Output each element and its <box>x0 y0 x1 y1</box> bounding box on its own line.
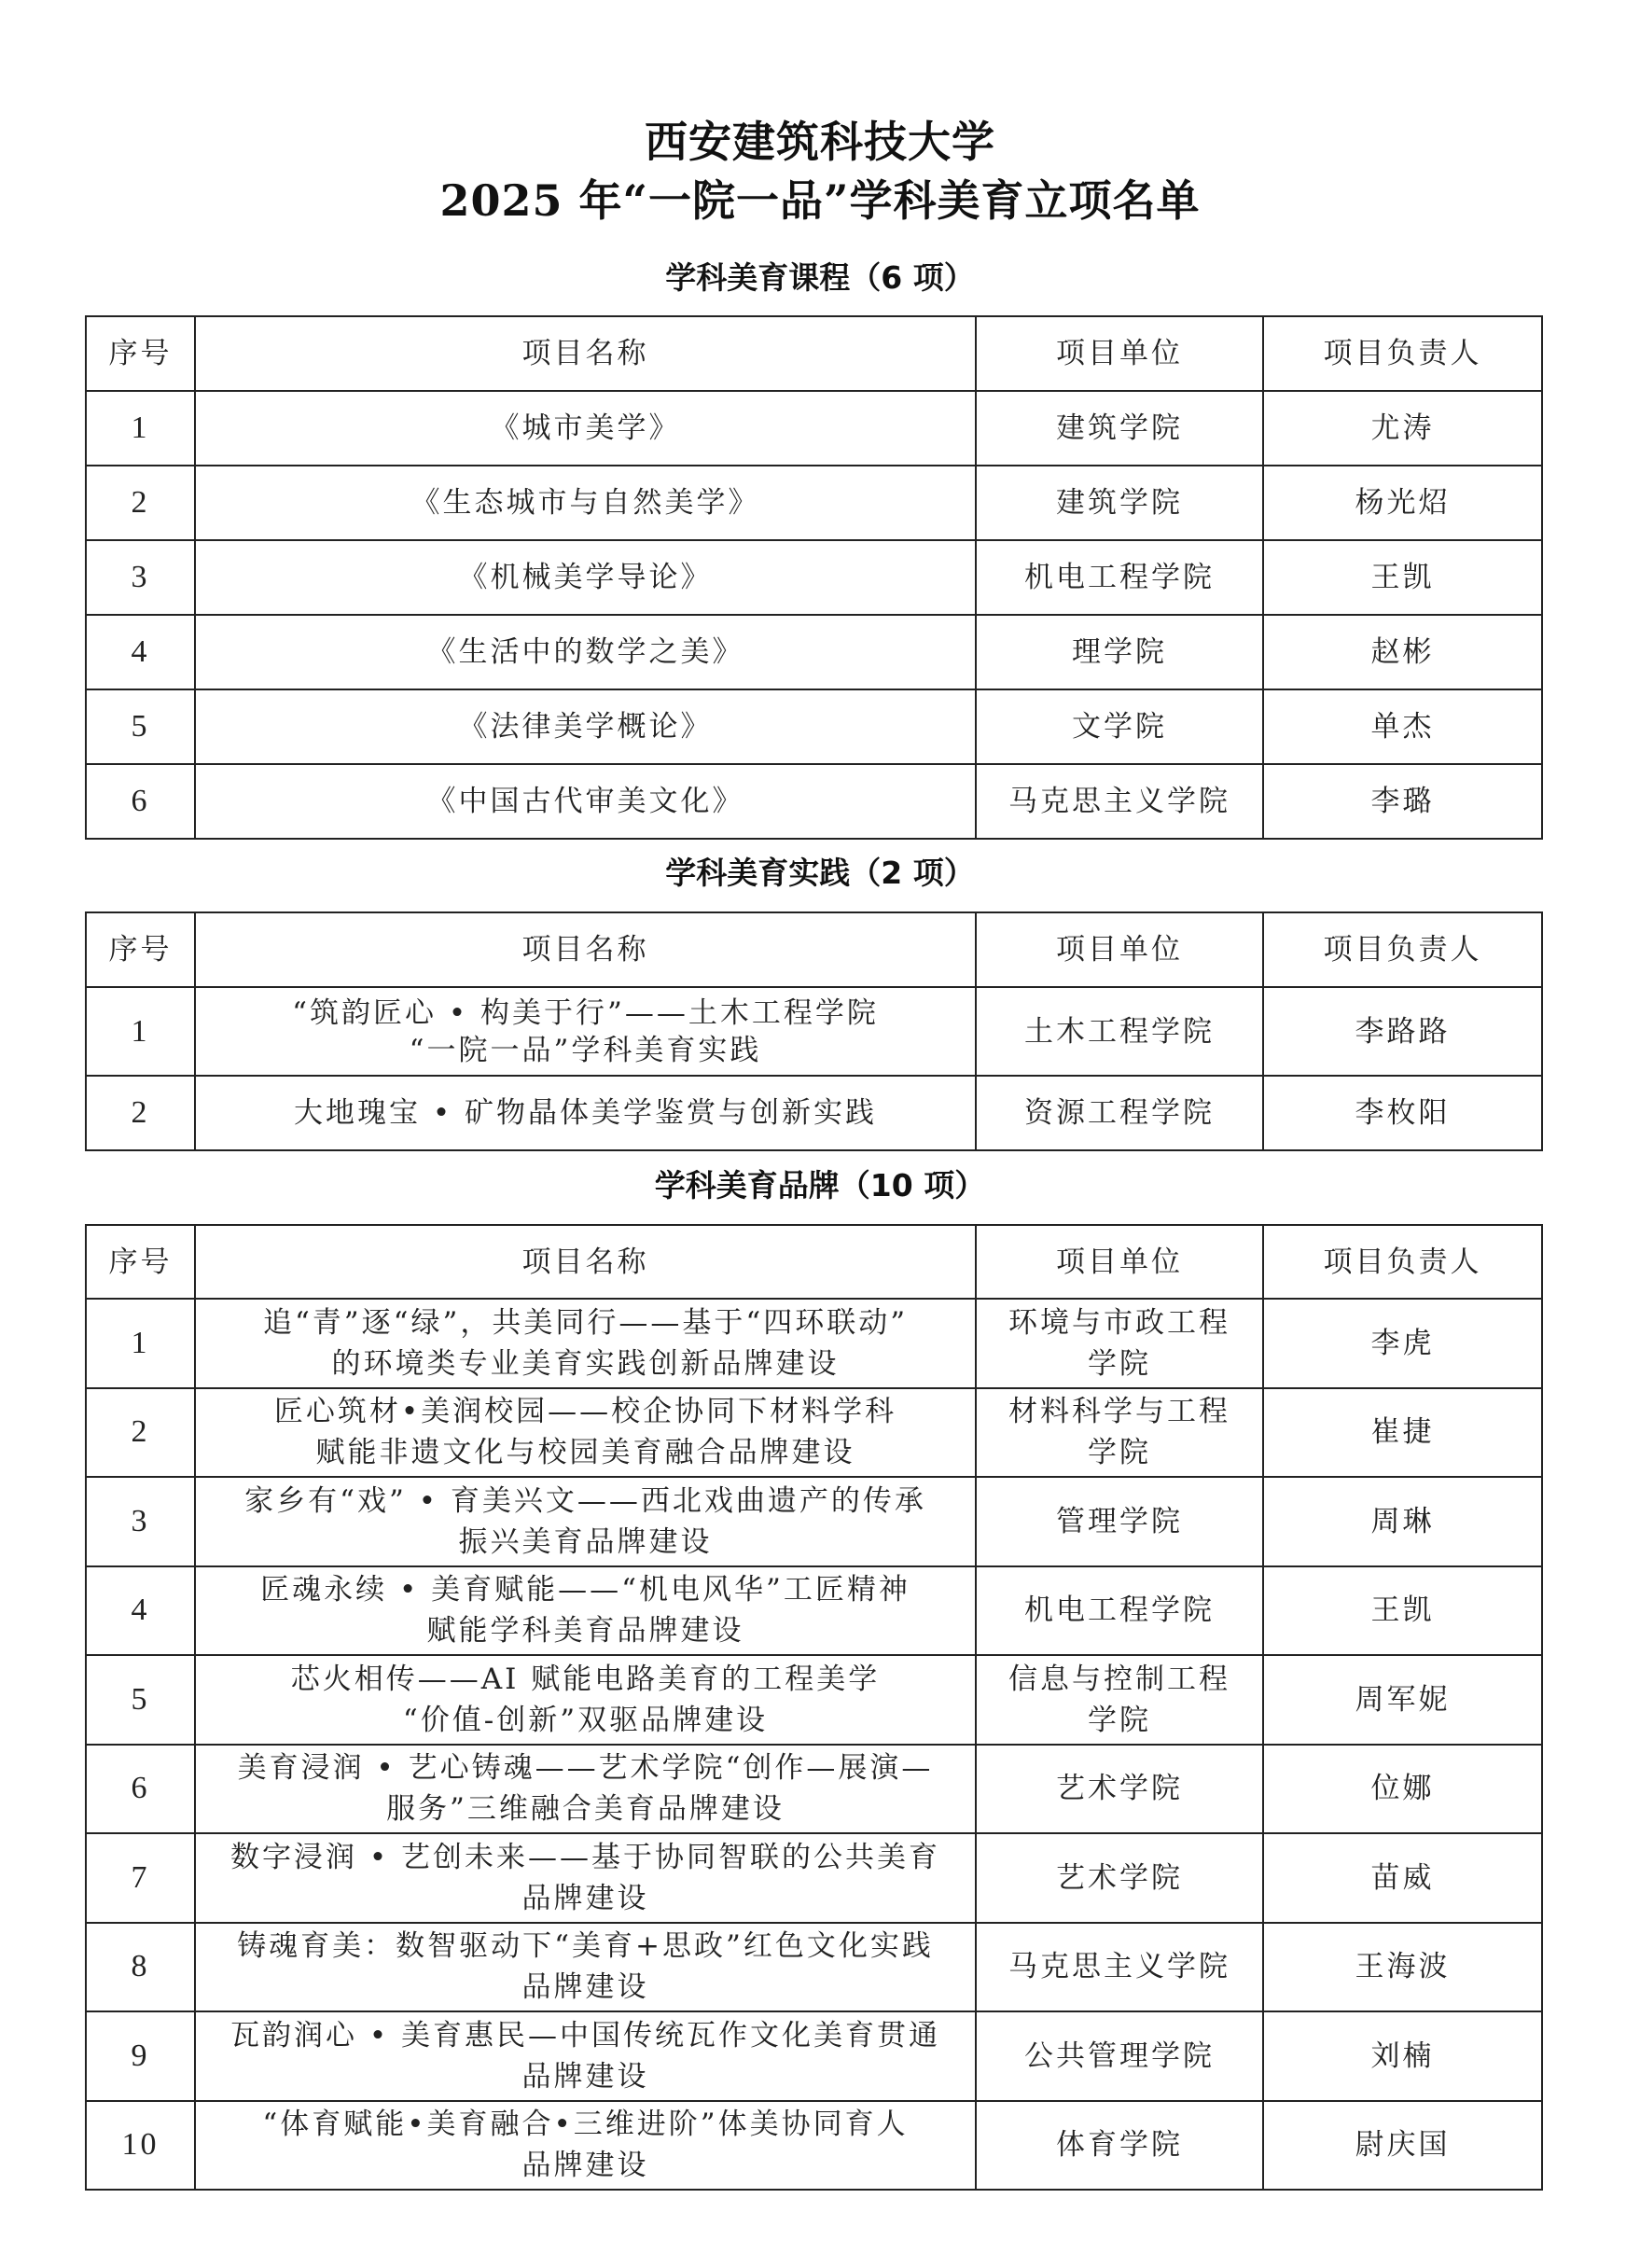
project-name-line: “体育赋能•美育融合•三维进阶”体美协同育人 <box>202 2104 969 2145</box>
project-unit: 信息与控制工程 学院 <box>976 1655 1263 1745</box>
project-unit: 建筑学院 <box>976 466 1263 540</box>
table-row: 7 数字浸润 • 艺创未来——基于协同智联的公共美育 品牌建设 艺术学院 苗威 <box>86 1833 1542 1923</box>
table-row: 2 《生态城市与自然美学》 建筑学院 杨光炤 <box>86 466 1542 540</box>
table-header-row: 序号 项目名称 项目单位 项目负责人 <box>86 1225 1542 1299</box>
column-header-no: 序号 <box>86 316 195 391</box>
project-name-line: 匠心筑材•美润校园——校企协同下材料学科 <box>202 1391 969 1432</box>
row-number: 10 <box>86 2101 195 2191</box>
project-unit: 艺术学院 <box>976 1745 1263 1834</box>
project-lead: 尉庆国 <box>1263 2101 1542 2191</box>
project-name: 瓦韵润心 • 美育惠民—中国传统瓦作文化美育贯通 品牌建设 <box>195 2011 976 2101</box>
section-heading-practice: 学科美育实践（2 项） <box>0 855 1640 892</box>
project-lead: 李路路 <box>1263 987 1542 1076</box>
table-row: 2 大地瑰宝 • 矿物晶体美学鉴赏与创新实践 资源工程学院 李枚阳 <box>86 1076 1542 1150</box>
section-heading-brands: 学科美育品牌（10 项） <box>0 1167 1640 1204</box>
row-number: 9 <box>86 2011 195 2101</box>
table-row: 3 家乡有“戏” • 育美兴文——西北戏曲遗产的传承 振兴美育品牌建设 管理学院… <box>86 1477 1542 1566</box>
row-number: 7 <box>86 1833 195 1923</box>
table-row: 10 “体育赋能•美育融合•三维进阶”体美协同育人 品牌建设 体育学院 尉庆国 <box>86 2101 1542 2191</box>
project-name-line: 数字浸润 • 艺创未来——基于协同智联的公共美育 <box>202 1837 969 1878</box>
project-lead: 杨光炤 <box>1263 466 1542 540</box>
project-unit: 理学院 <box>976 615 1263 689</box>
project-name-line: 品牌建设 <box>202 1967 969 2008</box>
row-number: 6 <box>86 1745 195 1834</box>
table-row: 1 《城市美学》 建筑学院 尤涛 <box>86 391 1542 466</box>
project-name: 《城市美学》 <box>195 391 976 466</box>
table-row: 8 铸魂育美：数智驱动下“美育+思政”红色文化实践 品牌建设 马克思主义学院 王… <box>86 1923 1542 2012</box>
project-name-line: 服务”三维融合美育品牌建设 <box>202 1788 969 1830</box>
project-name-line: 家乡有“戏” • 育美兴文——西北戏曲遗产的传承 <box>202 1481 969 1522</box>
project-name-line: 振兴美育品牌建设 <box>202 1522 969 1563</box>
project-lead: 苗威 <box>1263 1833 1542 1923</box>
project-name-line: 铸魂育美：数智驱动下“美育+思政”红色文化实践 <box>202 1926 969 1967</box>
project-name: 《中国古代审美文化》 <box>195 764 976 839</box>
project-name-line: “一院一品”学科美育实践 <box>202 1032 969 1069</box>
project-unit: 文学院 <box>976 689 1263 764</box>
column-header-no: 序号 <box>86 1225 195 1299</box>
row-number: 1 <box>86 391 195 466</box>
project-lead: 王凯 <box>1263 540 1542 615</box>
project-unit-line: 材料科学与工程 <box>982 1391 1257 1432</box>
project-lead: 李枚阳 <box>1263 1076 1542 1150</box>
project-name: 《生态城市与自然美学》 <box>195 466 976 540</box>
project-name-line: 匠魂永续 • 美育赋能——“机电风华”工匠精神 <box>202 1569 969 1610</box>
project-unit: 土木工程学院 <box>976 987 1263 1076</box>
table-row: 5 《法律美学概论》 文学院 单杰 <box>86 689 1542 764</box>
project-name-line: 的环境类专业美育实践创新品牌建设 <box>202 1343 969 1384</box>
table-row: 3 《机械美学导论》 机电工程学院 王凯 <box>86 540 1542 615</box>
column-header-name: 项目名称 <box>195 316 976 391</box>
row-number: 1 <box>86 1299 195 1388</box>
project-unit-line: 信息与控制工程 <box>982 1659 1257 1700</box>
project-name: 匠心筑材•美润校园——校企协同下材料学科 赋能非遗文化与校园美育融合品牌建设 <box>195 1388 976 1478</box>
table-row: 1 “筑韵匠心 • 构美于行”——土木工程学院 “一院一品”学科美育实践 土木工… <box>86 987 1542 1076</box>
document-title-line1: 西安建筑科技大学 <box>0 114 1640 170</box>
project-name-line: 品牌建设 <box>202 2056 969 2097</box>
column-header-unit: 项目单位 <box>976 912 1263 987</box>
table-header-row: 序号 项目名称 项目单位 项目负责人 <box>86 912 1542 987</box>
project-unit-line: 学院 <box>982 1343 1257 1384</box>
project-name-line: 瓦韵润心 • 美育惠民—中国传统瓦作文化美育贯通 <box>202 2015 969 2056</box>
project-unit-line: 学院 <box>982 1432 1257 1473</box>
project-name-line: 品牌建设 <box>202 2145 969 2186</box>
project-unit: 体育学院 <box>976 2101 1263 2191</box>
project-name: 家乡有“戏” • 育美兴文——西北戏曲遗产的传承 振兴美育品牌建设 <box>195 1477 976 1566</box>
project-lead: 周军妮 <box>1263 1655 1542 1745</box>
project-lead: 李璐 <box>1263 764 1542 839</box>
column-header-unit: 项目单位 <box>976 316 1263 391</box>
project-lead: 李虎 <box>1263 1299 1542 1388</box>
row-number: 3 <box>86 540 195 615</box>
project-name: 《生活中的数学之美》 <box>195 615 976 689</box>
document-title-line2: 2025 年“一院一品”学科美育立项名单 <box>0 173 1640 229</box>
project-unit: 材料科学与工程 学院 <box>976 1388 1263 1478</box>
project-lead: 刘楠 <box>1263 2011 1542 2101</box>
table-row: 5 芯火相传——AI 赋能电路美育的工程美学 “价值-创新”双驱品牌建设 信息与… <box>86 1655 1542 1745</box>
row-number: 5 <box>86 689 195 764</box>
project-name: “筑韵匠心 • 构美于行”——土木工程学院 “一院一品”学科美育实践 <box>195 987 976 1076</box>
table-row: 2 匠心筑材•美润校园——校企协同下材料学科 赋能非遗文化与校园美育融合品牌建设… <box>86 1388 1542 1478</box>
project-name-line: 美育浸润 • 艺心铸魂——艺术学院“创作—展演— <box>202 1747 969 1788</box>
project-unit: 机电工程学院 <box>976 1566 1263 1656</box>
row-number: 1 <box>86 987 195 1076</box>
project-unit: 公共管理学院 <box>976 2011 1263 2101</box>
project-lead: 位娜 <box>1263 1745 1542 1834</box>
section-heading-courses: 学科美育课程（6 项） <box>0 259 1640 297</box>
table-row: 6 《中国古代审美文化》 马克思主义学院 李璐 <box>86 764 1542 839</box>
project-lead: 单杰 <box>1263 689 1542 764</box>
column-header-name: 项目名称 <box>195 912 976 987</box>
project-name: 铸魂育美：数智驱动下“美育+思政”红色文化实践 品牌建设 <box>195 1923 976 2012</box>
table-row: 6 美育浸润 • 艺心铸魂——艺术学院“创作—展演— 服务”三维融合美育品牌建设… <box>86 1745 1542 1834</box>
project-name-line: 品牌建设 <box>202 1878 969 1919</box>
project-unit: 机电工程学院 <box>976 540 1263 615</box>
table-row: 4 匠魂永续 • 美育赋能——“机电风华”工匠精神 赋能学科美育品牌建设 机电工… <box>86 1566 1542 1656</box>
project-lead: 崔捷 <box>1263 1388 1542 1478</box>
project-name-line: “筑韵匠心 • 构美于行”——土木工程学院 <box>202 995 969 1032</box>
row-number: 2 <box>86 1388 195 1478</box>
project-unit: 建筑学院 <box>976 391 1263 466</box>
project-lead: 尤涛 <box>1263 391 1542 466</box>
table-header-row: 序号 项目名称 项目单位 项目负责人 <box>86 316 1542 391</box>
project-name-line: 赋能学科美育品牌建设 <box>202 1610 969 1651</box>
project-name-line: 芯火相传——AI 赋能电路美育的工程美学 <box>202 1659 969 1700</box>
project-name: 匠魂永续 • 美育赋能——“机电风华”工匠精神 赋能学科美育品牌建设 <box>195 1566 976 1656</box>
project-lead: 王海波 <box>1263 1923 1542 2012</box>
project-lead: 王凯 <box>1263 1566 1542 1656</box>
column-header-lead: 项目负责人 <box>1263 316 1542 391</box>
row-number: 4 <box>86 1566 195 1656</box>
practice-table: 序号 项目名称 项目单位 项目负责人 1 “筑韵匠心 • 构美于行”——土木工程… <box>85 911 1543 1151</box>
row-number: 2 <box>86 466 195 540</box>
project-unit: 资源工程学院 <box>976 1076 1263 1150</box>
courses-table: 序号 项目名称 项目单位 项目负责人 1 《城市美学》 建筑学院 尤涛 2 《生… <box>85 315 1543 840</box>
project-name: 《机械美学导论》 <box>195 540 976 615</box>
project-lead: 周琳 <box>1263 1477 1542 1566</box>
table-row: 9 瓦韵润心 • 美育惠民—中国传统瓦作文化美育贯通 品牌建设 公共管理学院 刘… <box>86 2011 1542 2101</box>
project-name: 大地瑰宝 • 矿物晶体美学鉴赏与创新实践 <box>195 1076 976 1150</box>
row-number: 5 <box>86 1655 195 1745</box>
project-name: 美育浸润 • 艺心铸魂——艺术学院“创作—展演— 服务”三维融合美育品牌建设 <box>195 1745 976 1834</box>
column-header-name: 项目名称 <box>195 1225 976 1299</box>
project-name: 数字浸润 • 艺创未来——基于协同智联的公共美育 品牌建设 <box>195 1833 976 1923</box>
row-number: 8 <box>86 1923 195 2012</box>
project-name: 追“青”逐“绿”，共美同行——基于“四环联动” 的环境类专业美育实践创新品牌建设 <box>195 1299 976 1388</box>
project-name-line: 追“青”逐“绿”，共美同行——基于“四环联动” <box>202 1302 969 1343</box>
column-header-no: 序号 <box>86 912 195 987</box>
brands-table: 序号 项目名称 项目单位 项目负责人 1 追“青”逐“绿”，共美同行——基于“四… <box>85 1224 1543 2191</box>
column-header-lead: 项目负责人 <box>1263 912 1542 987</box>
project-unit: 环境与市政工程 学院 <box>976 1299 1263 1388</box>
row-number: 4 <box>86 615 195 689</box>
row-number: 2 <box>86 1076 195 1150</box>
project-name: 《法律美学概论》 <box>195 689 976 764</box>
project-unit-line: 学院 <box>982 1700 1257 1741</box>
project-unit: 管理学院 <box>976 1477 1263 1566</box>
table-row: 1 追“青”逐“绿”，共美同行——基于“四环联动” 的环境类专业美育实践创新品牌… <box>86 1299 1542 1388</box>
table-row: 4 《生活中的数学之美》 理学院 赵彬 <box>86 615 1542 689</box>
project-unit: 马克思主义学院 <box>976 764 1263 839</box>
project-name-line: 赋能非遗文化与校园美育融合品牌建设 <box>202 1432 969 1473</box>
row-number: 6 <box>86 764 195 839</box>
project-lead: 赵彬 <box>1263 615 1542 689</box>
project-name-line: “价值-创新”双驱品牌建设 <box>202 1700 969 1741</box>
row-number: 3 <box>86 1477 195 1566</box>
project-unit: 艺术学院 <box>976 1833 1263 1923</box>
project-name: 芯火相传——AI 赋能电路美育的工程美学 “价值-创新”双驱品牌建设 <box>195 1655 976 1745</box>
column-header-lead: 项目负责人 <box>1263 1225 1542 1299</box>
project-name: “体育赋能•美育融合•三维进阶”体美协同育人 品牌建设 <box>195 2101 976 2191</box>
project-unit-line: 环境与市政工程 <box>982 1302 1257 1343</box>
project-unit: 马克思主义学院 <box>976 1923 1263 2012</box>
column-header-unit: 项目单位 <box>976 1225 1263 1299</box>
